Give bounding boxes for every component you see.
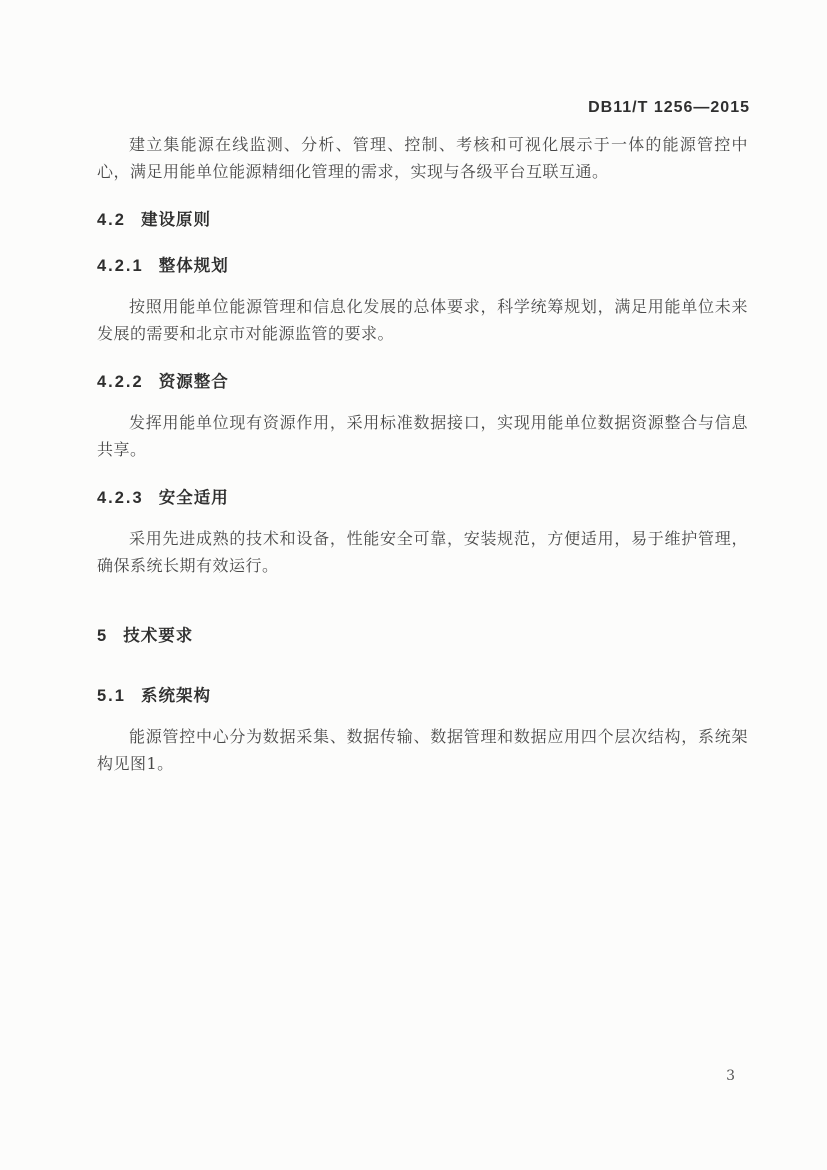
section-title: 技术要求 bbox=[123, 627, 193, 645]
section-heading-4-2-3: 4.2.3安全适用 bbox=[97, 488, 748, 509]
section-4-2-2-paragraph: 发挥用能单位现有资源作用，采用标准数据接口，实现用能单位数据资源整合与信息共享。 bbox=[97, 409, 748, 463]
section-number: 4.2.2 bbox=[97, 373, 144, 391]
section-number: 4.2.1 bbox=[97, 257, 144, 275]
section-number: 5.1 bbox=[97, 687, 126, 705]
standard-number-header: DB11/T 1256—2015 bbox=[588, 99, 750, 117]
document-page: DB11/T 1256—2015 建立集能源在线监测、分析、管理、控制、考核和可… bbox=[0, 0, 827, 1170]
section-title: 系统架构 bbox=[141, 687, 211, 705]
page-number: 3 bbox=[726, 1068, 735, 1084]
document-body: 建立集能源在线监测、分析、管理、控制、考核和可视化展示于一体的能源管控中心，满足… bbox=[97, 131, 748, 777]
section-heading-4-2-2: 4.2.2资源整合 bbox=[97, 372, 748, 393]
section-title: 整体规划 bbox=[159, 257, 229, 275]
section-4-2-3-paragraph: 采用先进成熟的技术和设备，性能安全可靠，安装规范，方便适用，易于维护管理，确保系… bbox=[97, 525, 748, 579]
section-5-1-paragraph: 能源管控中心分为数据采集、数据传输、数据管理和数据应用四个层次结构，系统架构见图… bbox=[97, 723, 748, 777]
section-title: 安全适用 bbox=[159, 489, 229, 507]
section-number: 5 bbox=[97, 627, 108, 645]
chapter-heading-5: 5技术要求 bbox=[97, 626, 748, 647]
section-number: 4.2 bbox=[97, 211, 126, 229]
intro-paragraph: 建立集能源在线监测、分析、管理、控制、考核和可视化展示于一体的能源管控中心，满足… bbox=[97, 131, 748, 185]
section-heading-4-2-1: 4.2.1整体规划 bbox=[97, 256, 748, 277]
section-number: 4.2.3 bbox=[97, 489, 144, 507]
section-title: 资源整合 bbox=[159, 373, 229, 391]
section-4-2-1-paragraph: 按照用能单位能源管理和信息化发展的总体要求，科学统筹规划，满足用能单位未来发展的… bbox=[97, 293, 748, 347]
section-heading-5-1: 5.1系统架构 bbox=[97, 686, 748, 707]
section-title: 建设原则 bbox=[141, 211, 211, 229]
section-heading-4-2: 4.2建设原则 bbox=[97, 210, 748, 231]
